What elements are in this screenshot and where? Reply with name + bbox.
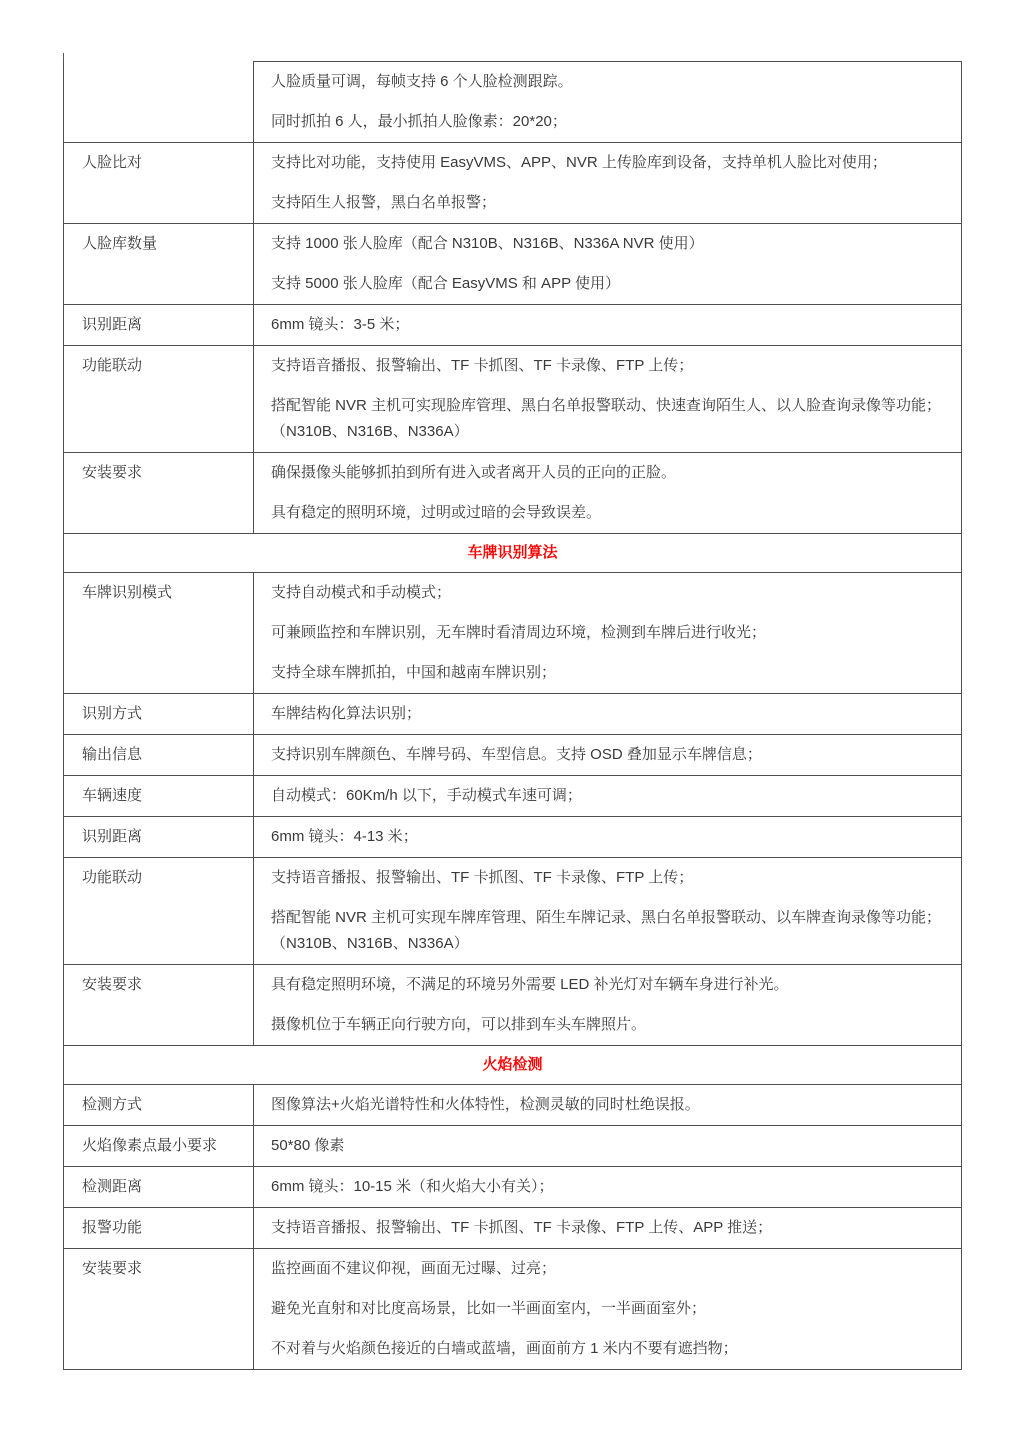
spec-line: 支持自动模式和手动模式； (271, 580, 949, 606)
spec-line: 支持 1000 张人脸库（配合 N310B、N316B、N336A NVR 使用… (271, 231, 949, 257)
section-header: 火焰检测 (64, 1046, 962, 1085)
table-row: 车辆速度 自动模式：60Km/h 以下，手动模式车速可调； (64, 776, 962, 817)
spec-line: 不对着与火焰颜色接近的白墙或蓝墙，画面前方 1 米内不要有遮挡物； (271, 1336, 949, 1362)
table-row: 检测距离 6mm 镜头：10-15 米（和火焰大小有关）； (64, 1167, 962, 1208)
spec-line: 图像算法+火焰光谱特性和火体特性，检测灵敏的同时杜绝误报。 (271, 1092, 949, 1118)
spec-line: 具有稳定的照明环境，过明或过暗的会导致误差。 (271, 500, 949, 526)
table-row: 安装要求 监控画面不建议仰视，画面无过曝、过亮； 避免光直射和对比度高场景，比如… (64, 1249, 962, 1370)
spec-value-cell: 支持语音播报、报警输出、TF 卡抓图、TF 卡录像、FTP 上传、APP 推送； (254, 1208, 962, 1249)
spec-line: 支持识别车牌颜色、车牌号码、车型信息。支持 OSD 叠加显示车牌信息； (271, 742, 949, 768)
spec-value-cell: 具有稳定照明环境，不满足的环境另外需要 LED 补光灯对车辆车身进行补光。 摄像… (254, 965, 962, 1046)
spec-line: 车牌结构化算法识别； (271, 701, 949, 727)
spec-line: 支持比对功能，支持使用 EasyVMS、APP、NVR 上传脸库到设备，支持单机… (271, 150, 949, 176)
spec-value-cell: 自动模式：60Km/h 以下，手动模式车速可调； (254, 776, 962, 817)
spec-label: 识别方式 (64, 694, 254, 735)
spec-label: 安装要求 (64, 1249, 254, 1370)
spec-line: 支持语音播报、报警输出、TF 卡抓图、TF 卡录像、FTP 上传、APP 推送； (271, 1215, 949, 1241)
spec-line: 同时抓拍 6 人，最小抓拍人脸像素：20*20； (271, 109, 949, 135)
spec-label: 安装要求 (64, 965, 254, 1046)
spec-line: 可兼顾监控和车牌识别，无车牌时看清周边环境，检测到车牌后进行收光； (271, 620, 949, 646)
table-row: 功能联动 支持语音播报、报警输出、TF 卡抓图、TF 卡录像、FTP 上传； 搭… (64, 346, 962, 453)
spec-value-cell: 人脸质量可调，每帧支持 6 个人脸检测跟踪。 同时抓拍 6 人，最小抓拍人脸像素… (254, 62, 962, 143)
spec-value-cell: 支持 1000 张人脸库（配合 N310B、N316B、N336A NVR 使用… (254, 224, 962, 305)
spec-label: 检测方式 (64, 1085, 254, 1126)
table-row: 功能联动 支持语音播报、报警输出、TF 卡抓图、TF 卡录像、FTP 上传； 搭… (64, 858, 962, 965)
spec-label (64, 62, 254, 143)
table-row: 识别距离 6mm 镜头：3-5 米； (64, 305, 962, 346)
spec-line: 6mm 镜头：10-15 米（和火焰大小有关）； (271, 1174, 949, 1200)
spec-value-cell: 支持语音播报、报警输出、TF 卡抓图、TF 卡录像、FTP 上传； 搭配智能 N… (254, 346, 962, 453)
table-row: 检测方式 图像算法+火焰光谱特性和火体特性，检测灵敏的同时杜绝误报。 (64, 1085, 962, 1126)
spec-line: 避免光直射和对比度高场景，比如一半画面室内，一半画面室外； (271, 1296, 949, 1322)
spec-value-cell: 支持自动模式和手动模式； 可兼顾监控和车牌识别，无车牌时看清周边环境，检测到车牌… (254, 573, 962, 694)
spec-line: 支持陌生人报警，黑白名单报警； (271, 190, 949, 216)
section-header-row: 车牌识别算法 (64, 534, 962, 573)
spec-value-cell: 6mm 镜头：4-13 米； (254, 817, 962, 858)
spec-value-cell: 6mm 镜头：3-5 米； (254, 305, 962, 346)
spec-line: 支持语音播报、报警输出、TF 卡抓图、TF 卡录像、FTP 上传； (271, 353, 949, 379)
spec-line: 摄像机位于车辆正向行驶方向，可以排到车头车牌照片。 (271, 1012, 949, 1038)
table-row: 人脸质量可调，每帧支持 6 个人脸检测跟踪。 同时抓拍 6 人，最小抓拍人脸像素… (64, 62, 962, 143)
table-row: 安装要求 确保摄像头能够抓拍到所有进入或者离开人员的正向的正脸。 具有稳定的照明… (64, 453, 962, 534)
spec-line: 支持 5000 张人脸库（配合 EasyVMS 和 APP 使用） (271, 271, 949, 297)
spec-label: 车牌识别模式 (64, 573, 254, 694)
spec-value-cell: 图像算法+火焰光谱特性和火体特性，检测灵敏的同时杜绝误报。 (254, 1085, 962, 1126)
spec-line: 6mm 镜头：4-13 米； (271, 824, 949, 850)
spec-value-cell: 监控画面不建议仰视，画面无过曝、过亮； 避免光直射和对比度高场景，比如一半画面室… (254, 1249, 962, 1370)
spec-label: 人脸库数量 (64, 224, 254, 305)
spec-label: 报警功能 (64, 1208, 254, 1249)
spec-label: 火焰像素点最小要求 (64, 1126, 254, 1167)
table-row: 安装要求 具有稳定照明环境，不满足的环境另外需要 LED 补光灯对车辆车身进行补… (64, 965, 962, 1046)
spec-line: 50*80 像素 (271, 1133, 949, 1159)
spec-line: 6mm 镜头：3-5 米； (271, 312, 949, 338)
section-header-row: 火焰检测 (64, 1046, 962, 1085)
spec-value-cell: 支持比对功能，支持使用 EasyVMS、APP、NVR 上传脸库到设备，支持单机… (254, 143, 962, 224)
spec-value-cell: 车牌结构化算法识别； (254, 694, 962, 735)
table-row: 火焰像素点最小要求 50*80 像素 (64, 1126, 962, 1167)
spec-line: 自动模式：60Km/h 以下，手动模式车速可调； (271, 783, 949, 809)
spec-value-cell: 支持识别车牌颜色、车牌号码、车型信息。支持 OSD 叠加显示车牌信息； (254, 735, 962, 776)
table-row: 人脸库数量 支持 1000 张人脸库（配合 N310B、N316B、N336A … (64, 224, 962, 305)
spec-label: 检测距离 (64, 1167, 254, 1208)
spec-line: 确保摄像头能够抓拍到所有进入或者离开人员的正向的正脸。 (271, 460, 949, 486)
spec-label: 输出信息 (64, 735, 254, 776)
spec-label: 功能联动 (64, 858, 254, 965)
document-page: 人脸质量可调，每帧支持 6 个人脸检测跟踪。 同时抓拍 6 人，最小抓拍人脸像素… (0, 0, 1024, 1448)
spec-label: 识别距离 (64, 305, 254, 346)
spec-line: 具有稳定照明环境，不满足的环境另外需要 LED 补光灯对车辆车身进行补光。 (271, 972, 949, 998)
spec-value-cell: 支持语音播报、报警输出、TF 卡抓图、TF 卡录像、FTP 上传； 搭配智能 N… (254, 858, 962, 965)
table-row: 车牌识别模式 支持自动模式和手动模式； 可兼顾监控和车牌识别，无车牌时看清周边环… (64, 573, 962, 694)
spec-label: 功能联动 (64, 346, 254, 453)
spec-label: 安装要求 (64, 453, 254, 534)
table-row: 识别距离 6mm 镜头：4-13 米； (64, 817, 962, 858)
spec-value-cell: 6mm 镜头：10-15 米（和火焰大小有关）； (254, 1167, 962, 1208)
table-row: 输出信息 支持识别车牌颜色、车牌号码、车型信息。支持 OSD 叠加显示车牌信息； (64, 735, 962, 776)
spec-line: 支持全球车牌抓拍，中国和越南车牌识别； (271, 660, 949, 686)
table-row: 识别方式 车牌结构化算法识别； (64, 694, 962, 735)
spec-line: 监控画面不建议仰视，画面无过曝、过亮； (271, 1256, 949, 1282)
table-row: 人脸比对 支持比对功能，支持使用 EasyVMS、APP、NVR 上传脸库到设备… (64, 143, 962, 224)
spec-line: 人脸质量可调，每帧支持 6 个人脸检测跟踪。 (271, 69, 949, 95)
spec-label: 人脸比对 (64, 143, 254, 224)
spec-label: 识别距离 (64, 817, 254, 858)
spec-value-cell: 确保摄像头能够抓拍到所有进入或者离开人员的正向的正脸。 具有稳定的照明环境，过明… (254, 453, 962, 534)
spec-line: 搭配智能 NVR 主机可实现脸库管理、黑白名单报警联动、快速查询陌生人、以人脸查… (271, 393, 949, 445)
table-row: 报警功能 支持语音播报、报警输出、TF 卡抓图、TF 卡录像、FTP 上传、AP… (64, 1208, 962, 1249)
spec-label: 车辆速度 (64, 776, 254, 817)
spec-line: 支持语音播报、报警输出、TF 卡抓图、TF 卡录像、FTP 上传； (271, 865, 949, 891)
spec-value-cell: 50*80 像素 (254, 1126, 962, 1167)
section-header: 车牌识别算法 (64, 534, 962, 573)
spec-table: 人脸质量可调，每帧支持 6 个人脸检测跟踪。 同时抓拍 6 人，最小抓拍人脸像素… (63, 61, 962, 1370)
spec-line: 搭配智能 NVR 主机可实现车牌库管理、陌生车牌记录、黑白名单报警联动、以车牌查… (271, 905, 949, 957)
